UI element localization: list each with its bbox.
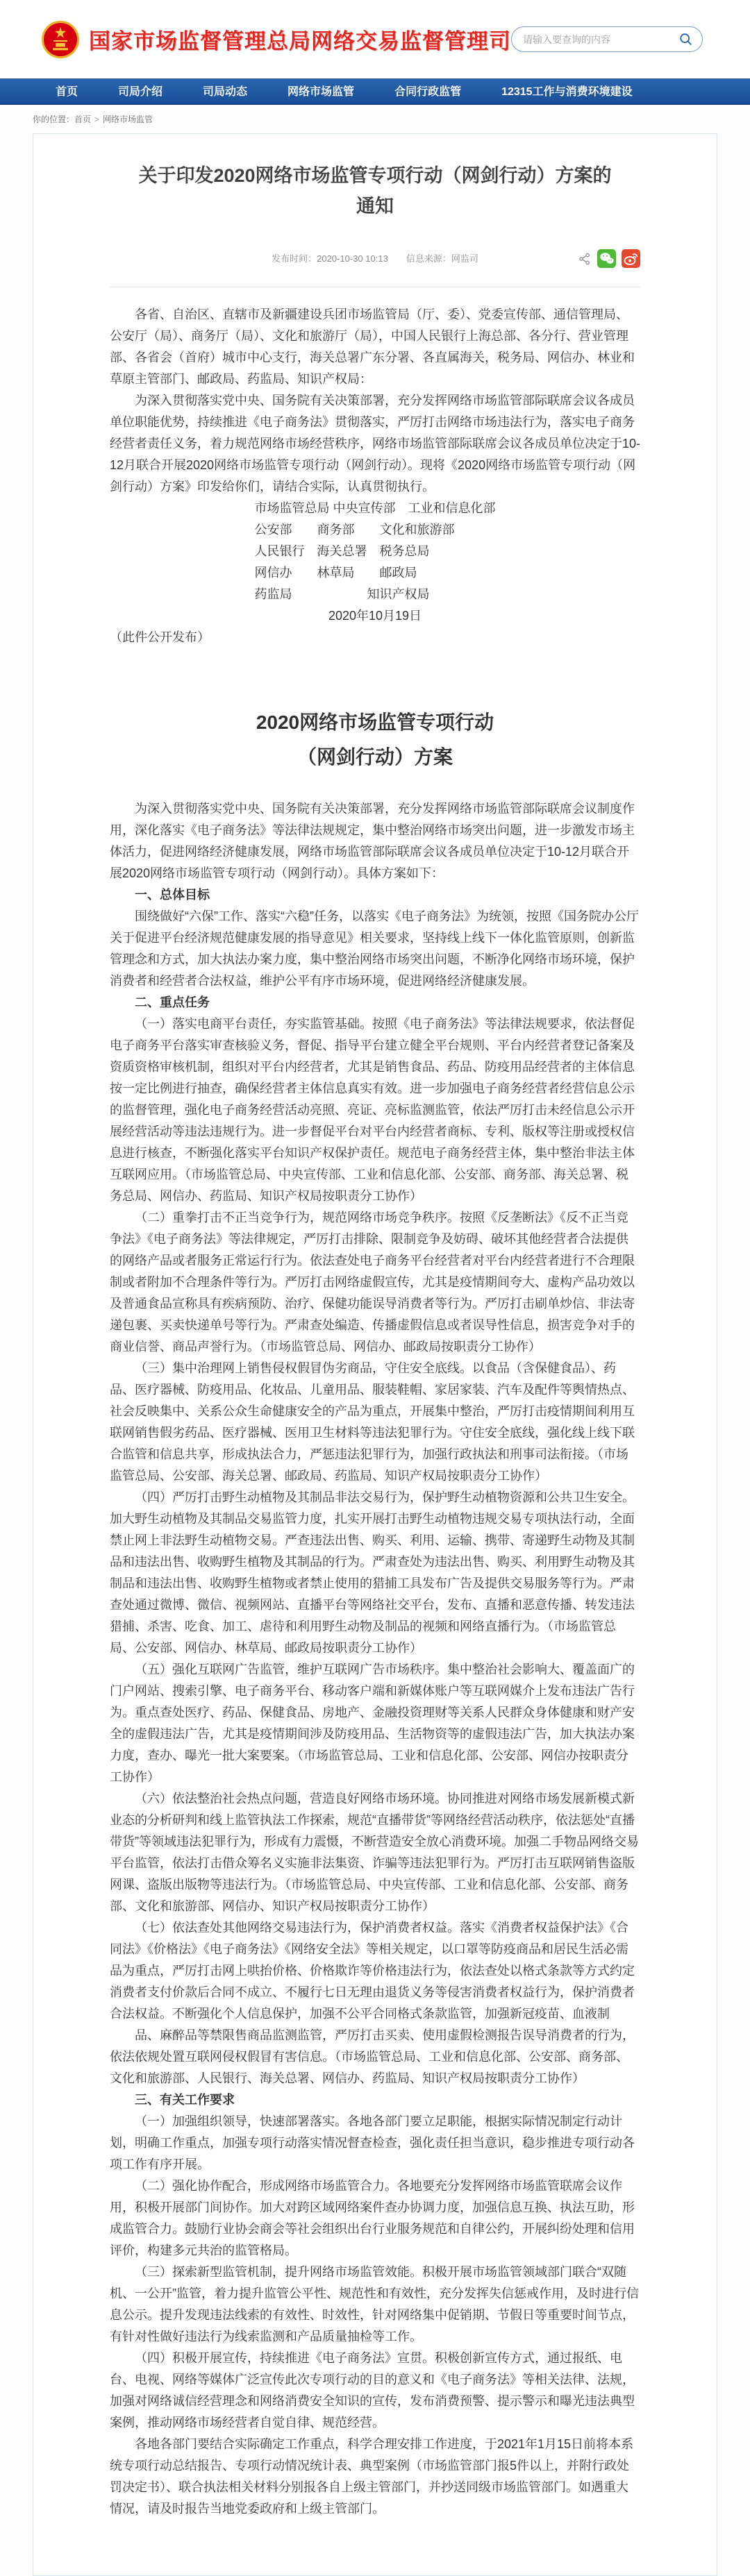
section2-heading: 二、重点任务 (110, 992, 640, 1013)
share-nodes-icon[interactable] (578, 252, 592, 266)
task-paragraph: （七）依法查处其他网络交易违法行为，保护消费者权益。落实《消费者权益保护法》《合… (110, 1917, 640, 2025)
requirement-paragraph: （三）探索新型监管机制，提升网络市场监管效能。积极开展市场监管领域部门联合“双随… (110, 2262, 640, 2348)
signature-date: 2020年10月19日 (110, 605, 640, 627)
article-header: 关于印发2020网络市场监管专项行动（网剑行动）方案的通知 发布时间：2020-… (110, 160, 640, 287)
breadcrumb-separator: > (94, 115, 99, 124)
task-paragraph: （一）落实电商平台责任，夯实监管基础。按照《电子商务法》等法律法规要求，依法督促… (110, 1013, 640, 1207)
share-bar (571, 249, 640, 268)
signature-block: 市场监管总局 中央宣传部 工业和信息化部 公安部 商务部 文化和旅游部 人民银行… (255, 498, 496, 605)
site-title: 国家市场监督管理总局网络交易监督管理司 (89, 24, 511, 55)
breadcrumb-home-link[interactable]: 首页 (74, 115, 91, 124)
breadcrumb-prefix: 你的位置： (33, 115, 74, 124)
closing-paragraph: 各地各部门要结合实际确定工作重点，科学合理安排工作进度，于2021年1月15日前… (110, 2434, 640, 2520)
requirement-paragraph: （一）加强组织领导，快速部署落实。各地各部门要立足职能，根据实际情况制定行动计划… (110, 2111, 640, 2175)
main-nav: 首页 司局介绍 司局动态 网络市场监管 合同行政监管 12315工作与消费环境建… (0, 78, 750, 105)
breadcrumb: 你的位置：首页>网络市场监管 (0, 105, 750, 132)
breadcrumb-current-link[interactable]: 网络市场监管 (103, 115, 153, 124)
article-meta: 发布时间：2020-10-30 10:13信息来源：网监司 (110, 249, 640, 269)
task-paragraph: （二）重拳打击不正当竞争行为，规范网络市场竞争秩序。按照《反垄断法》《反不正当竞… (110, 1207, 640, 1358)
task-paragraph: （三）集中治理网上销售侵权假冒伪劣商品，守住安全底线。以食品（含保健食品）、药品… (110, 1358, 640, 1487)
plan-intro: 为深入贯彻落实党中央、国务院有关决策部署，充分发挥网络市场监管部际联席会议制度作… (110, 798, 640, 884)
search-icon[interactable] (678, 32, 694, 47)
task-paragraph: （四）严厉打击野生动植物及其制品非法交易行为，保护野生动植物资源和公共卫生安全。… (110, 1487, 640, 1659)
task-paragraph: 品、麻醉品等禁限售商品监测监管，严厉打击买卖、使用虚假检测报告误导消费者的行为，… (110, 2025, 640, 2089)
signature-line: 市场监管总局 中央宣传部 工业和信息化部 (255, 498, 496, 519)
section1-body: 围绕做好“六保”工作、落实“六稳”任务，以落实《电子商务法》为统领，按照《国务院… (110, 906, 640, 992)
signature-line: 人民银行 海关总署 税务总局 (255, 541, 496, 562)
nav-item-12315[interactable]: 12315工作与消费环境建设 (501, 83, 633, 99)
site-search[interactable] (511, 26, 703, 52)
site-header: 国家市场监督管理总局网络交易监督管理司 (0, 0, 750, 78)
signature-line: 网信办 林草局 邮政局 (255, 562, 496, 584)
weibo-icon[interactable] (622, 249, 640, 268)
notice-body: 为深入贯彻落实党中央、国务院有关决策部署，充分发挥网络市场监管部际联席会议各成员… (110, 390, 640, 498)
task-paragraph: （六）依法整治社会热点问题，营造良好网络市场环境。协同推进对网络市场发展新模式新… (110, 1788, 640, 1917)
nav-item-about[interactable]: 司局介绍 (118, 83, 162, 99)
section3-heading: 三、有关工作要求 (110, 2089, 640, 2111)
source-label: 信息来源： (406, 253, 451, 264)
nav-item-news[interactable]: 司局动态 (203, 83, 247, 99)
nav-item-contract[interactable]: 合同行政监管 (394, 83, 461, 99)
wechat-icon[interactable] (597, 249, 616, 268)
requirement-paragraph: （四）积极开展宣传，持续推进《电子商务法》宣贯。积极创新宣传方式，通过报纸、电台… (110, 2348, 640, 2434)
requirement-paragraph: （二）强化协作配合，形成网络市场监管合力。各地要充分发挥网络市场监管联席会议作用… (110, 2175, 640, 2262)
national-emblem-icon[interactable] (40, 19, 81, 60)
nav-item-network-market[interactable]: 网络市场监管 (287, 83, 354, 99)
search-input[interactable] (523, 34, 678, 45)
source-value: 网监司 (451, 253, 478, 264)
article-title: 关于印发2020网络市场监管专项行动（网剑行动）方案的通知 (110, 160, 640, 221)
signature-line: 药监局 知识产权局 (255, 584, 496, 605)
plan-title-line1: 2020网络市场监管专项行动 (110, 705, 640, 740)
publish-time: 2020-10-30 10:13 (317, 253, 388, 264)
signature-line: 公安部 商务部 文化和旅游部 (255, 519, 496, 541)
task-paragraph: （五）强化互联网广告监管，维护互联网广告市场秩序。集中整治社会影响大、覆盖面广的… (110, 1659, 640, 1788)
section1-heading: 一、总体目标 (110, 884, 640, 906)
plan-title-line2: （网剑行动）方案 (110, 740, 640, 775)
plan-title: 2020网络市场监管专项行动 （网剑行动）方案 (110, 705, 640, 775)
public-release-note: （此件公开发布） (110, 627, 640, 648)
nav-item-home[interactable]: 首页 (56, 83, 78, 99)
notice-salutation: 各省、自治区、直辖市及新疆建设兵团市场监管局（厅、委）、党委宣传部、通信管理局、… (110, 304, 640, 390)
publish-time-label: 发布时间： (272, 253, 317, 264)
article-card: 关于印发2020网络市场监管专项行动（网剑行动）方案的通知 发布时间：2020-… (33, 133, 717, 2576)
document-body: 各省、自治区、直辖市及新疆建设兵团市场监管局（厅、委）、党委宣传部、通信管理局、… (110, 287, 640, 2520)
